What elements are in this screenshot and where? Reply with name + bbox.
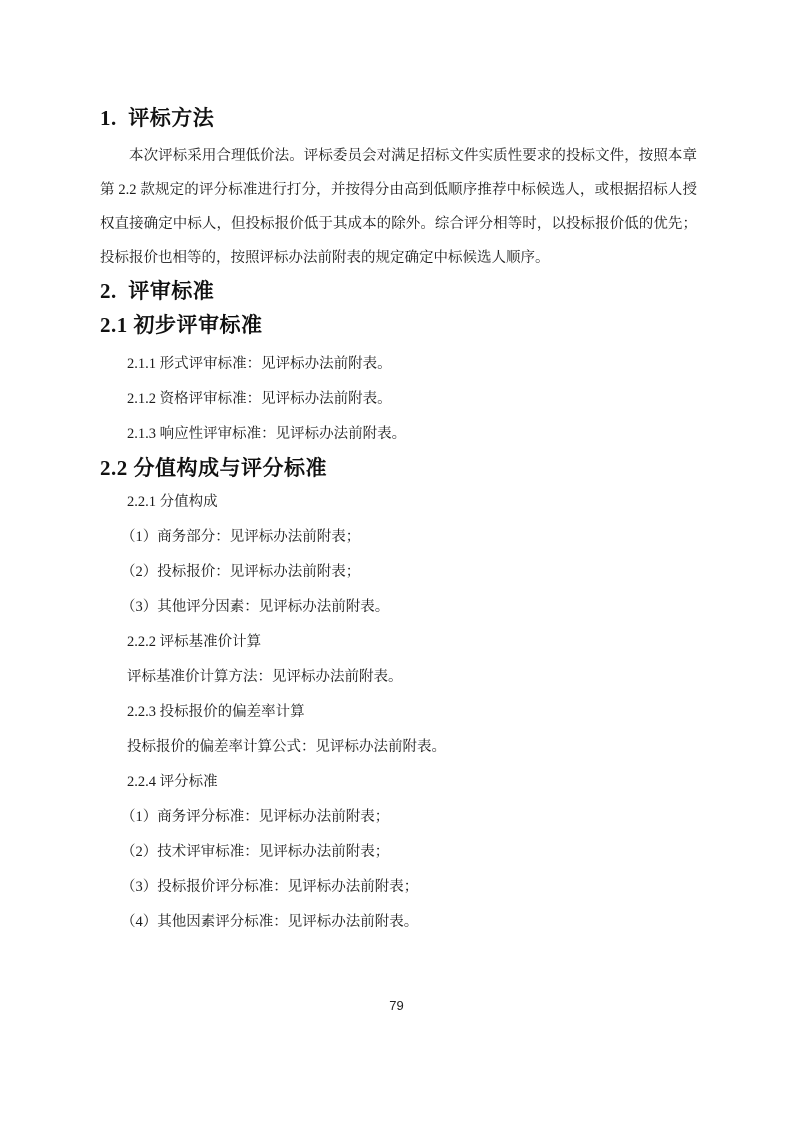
heading-section-1-evaluation-method: 1. 评标方法 bbox=[100, 104, 697, 132]
score-composition-item-list: 2.2.1 分值构成 （1）商务部分：见评标办法前附表； （2）投标报价：见评标… bbox=[100, 485, 697, 940]
list-item: 2.1.1 形式评审标准：见评标办法前附表。 bbox=[100, 347, 697, 382]
heading-section-2-1-preliminary-review: 2.1 初步评审标准 bbox=[100, 311, 697, 339]
list-item: 评标基准价计算方法：见评标办法前附表。 bbox=[100, 660, 697, 695]
list-item: （4）其他因素评分标准：见评标办法前附表。 bbox=[100, 905, 697, 940]
list-item: （1）商务评分标准：见评标办法前附表； bbox=[100, 800, 697, 835]
list-item: （2）投标报价：见评标办法前附表； bbox=[100, 555, 697, 590]
list-item: （1）商务部分：见评标办法前附表； bbox=[100, 520, 697, 555]
document-page: 1. 评标方法 本次评标采用合理低价法。评标委员会对满足招标文件实质性要求的投标… bbox=[0, 0, 793, 1122]
heading-section-2-2-score-composition: 2.2 分值构成与评分标准 bbox=[100, 454, 697, 482]
list-item: 2.2.3 投标报价的偏差率计算 bbox=[100, 695, 697, 730]
list-item: （3）其他评分因素：见评标办法前附表。 bbox=[100, 590, 697, 625]
list-item: 2.1.2 资格评审标准：见评标办法前附表。 bbox=[100, 382, 697, 417]
document-content: 1. 评标方法 本次评标采用合理低价法。评标委员会对满足招标文件实质性要求的投标… bbox=[100, 0, 697, 940]
list-item: 2.2.1 分值构成 bbox=[100, 485, 697, 520]
preliminary-review-item-list: 2.1.1 形式评审标准：见评标办法前附表。 2.1.2 资格评审标准：见评标办… bbox=[100, 347, 697, 452]
list-item: 2.1.3 响应性评审标准：见评标办法前附表。 bbox=[100, 417, 697, 452]
list-item: （2）技术评审标准：见评标办法前附表； bbox=[100, 835, 697, 870]
list-item: 投标报价的偏差率计算公式：见评标办法前附表。 bbox=[100, 730, 697, 765]
list-item: （3）投标报价评分标准：见评标办法前附表； bbox=[100, 870, 697, 905]
heading-section-2-review-criteria: 2. 评审标准 bbox=[100, 277, 697, 305]
list-item: 2.2.4 评分标准 bbox=[100, 765, 697, 800]
page-number: 79 bbox=[0, 998, 793, 1013]
paragraph-evaluation-method: 本次评标采用合理低价法。评标委员会对满足招标文件实质性要求的投标文件，按照本章第… bbox=[100, 139, 697, 275]
list-item: 2.2.2 评标基准价计算 bbox=[100, 625, 697, 660]
